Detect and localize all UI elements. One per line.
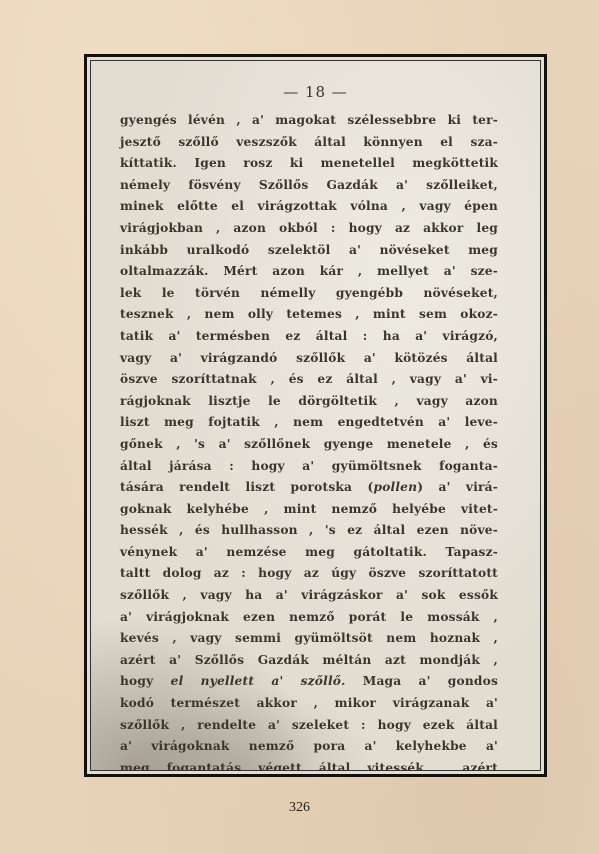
text-line: goknak kelyhébe , mint nemző helyébe vit… <box>120 499 498 521</box>
text-line: kevés , vagy semmi gyümöltsöt nem hoznak… <box>120 628 498 650</box>
text-line: tesznek , nem olly tetemes , mint sem ok… <box>120 304 498 326</box>
text-line-with-italic: tására rendelt liszt porotska (pollen) a… <box>120 477 498 499</box>
text-segment: tására rendelt liszt porotska ( <box>120 480 373 494</box>
text-line: a' virágjoknak ezen nemző porát le mossá… <box>120 607 498 629</box>
text-line: liszt meg fojtatik , nem engedtetvén a' … <box>120 412 498 434</box>
text-line: meg fogantatás végett által vitessék , a… <box>120 758 498 771</box>
text-line: gyengés lévén , a' magokat szélessebbre … <box>120 110 498 132</box>
text-line: rágjoknak lisztje le dörgöltetik , vagy … <box>120 391 498 413</box>
text-line: gőnek , 's a' szőllőnek gyenge menetele … <box>120 434 498 456</box>
text-line: oltalmazzák. Mért azon kár , mellyet a' … <box>120 261 498 283</box>
text-segment: Maga a' gondos <box>346 674 498 688</box>
text-line-with-italic: hogy el nyellett a' szőllő. Maga a' gond… <box>120 671 498 693</box>
text-line: által járása : hogy a' gyümöltsnek fogan… <box>120 456 498 478</box>
text-line: inkább uralkodó szelektöl a' növéseket m… <box>120 240 498 262</box>
text-line: kíttatik. Igen rosz ki menetellel megköt… <box>120 153 498 175</box>
italic-term-pollen: pollen <box>373 480 417 494</box>
text-line: virágjokban , azon okból : hogy az akkor… <box>120 218 498 240</box>
text-line: szőllők , rendelte a' szeleket : hogy ez… <box>120 715 498 737</box>
text-line: öszve szoríttatnak , és ez által , vagy … <box>120 369 498 391</box>
text-line: a' virágoknak nemző pora a' kelyhekbe a' <box>120 736 498 758</box>
text-segment: hogy <box>120 674 171 688</box>
text-line: hessék , és hullhasson , 's ez által eze… <box>120 520 498 542</box>
text-line: némely fösvény Szőllős Gazdák a' szőllei… <box>120 175 498 197</box>
text-line: jesztő szőllő veszszők által könnyen el … <box>120 132 498 154</box>
text-line: lek le törvén némelly gyengébb növéseket… <box>120 283 498 305</box>
text-line: vénynek a' nemzése meg gátoltatik. Tapas… <box>120 542 498 564</box>
text-line: szőllők , vagy ha a' virágzáskor a' sok … <box>120 585 498 607</box>
text-line: vagy a' virágzandó szőllők a' kötözés ál… <box>120 348 498 370</box>
text-line: tatik a' termésben ez által : ha a' virá… <box>120 326 498 348</box>
text-line: minek előtte el virágzottak vólna , vagy… <box>120 196 498 218</box>
italic-phrase: el nyellett a' szőllő. <box>171 674 346 688</box>
text-line: azért a' Szőllős Gazdák méltán azt mondj… <box>120 650 498 672</box>
page-scan-frame: — 18 — gyengés lévén , a' magokat széles… <box>84 54 547 777</box>
scan-page-header: — 18 — <box>91 83 540 101</box>
page-number: 326 <box>0 800 599 816</box>
text-line: taltt dolog az : hogy az úgy öszve szorí… <box>120 563 498 585</box>
text-segment: ) a' virá- <box>417 480 498 494</box>
scanned-page: — 18 — gyengés lévén , a' magokat széles… <box>90 60 541 771</box>
text-line: kodó természet akkor , mikor virágzanak … <box>120 693 498 715</box>
scan-text-block: gyengés lévén , a' magokat szélessebbre … <box>120 110 498 771</box>
